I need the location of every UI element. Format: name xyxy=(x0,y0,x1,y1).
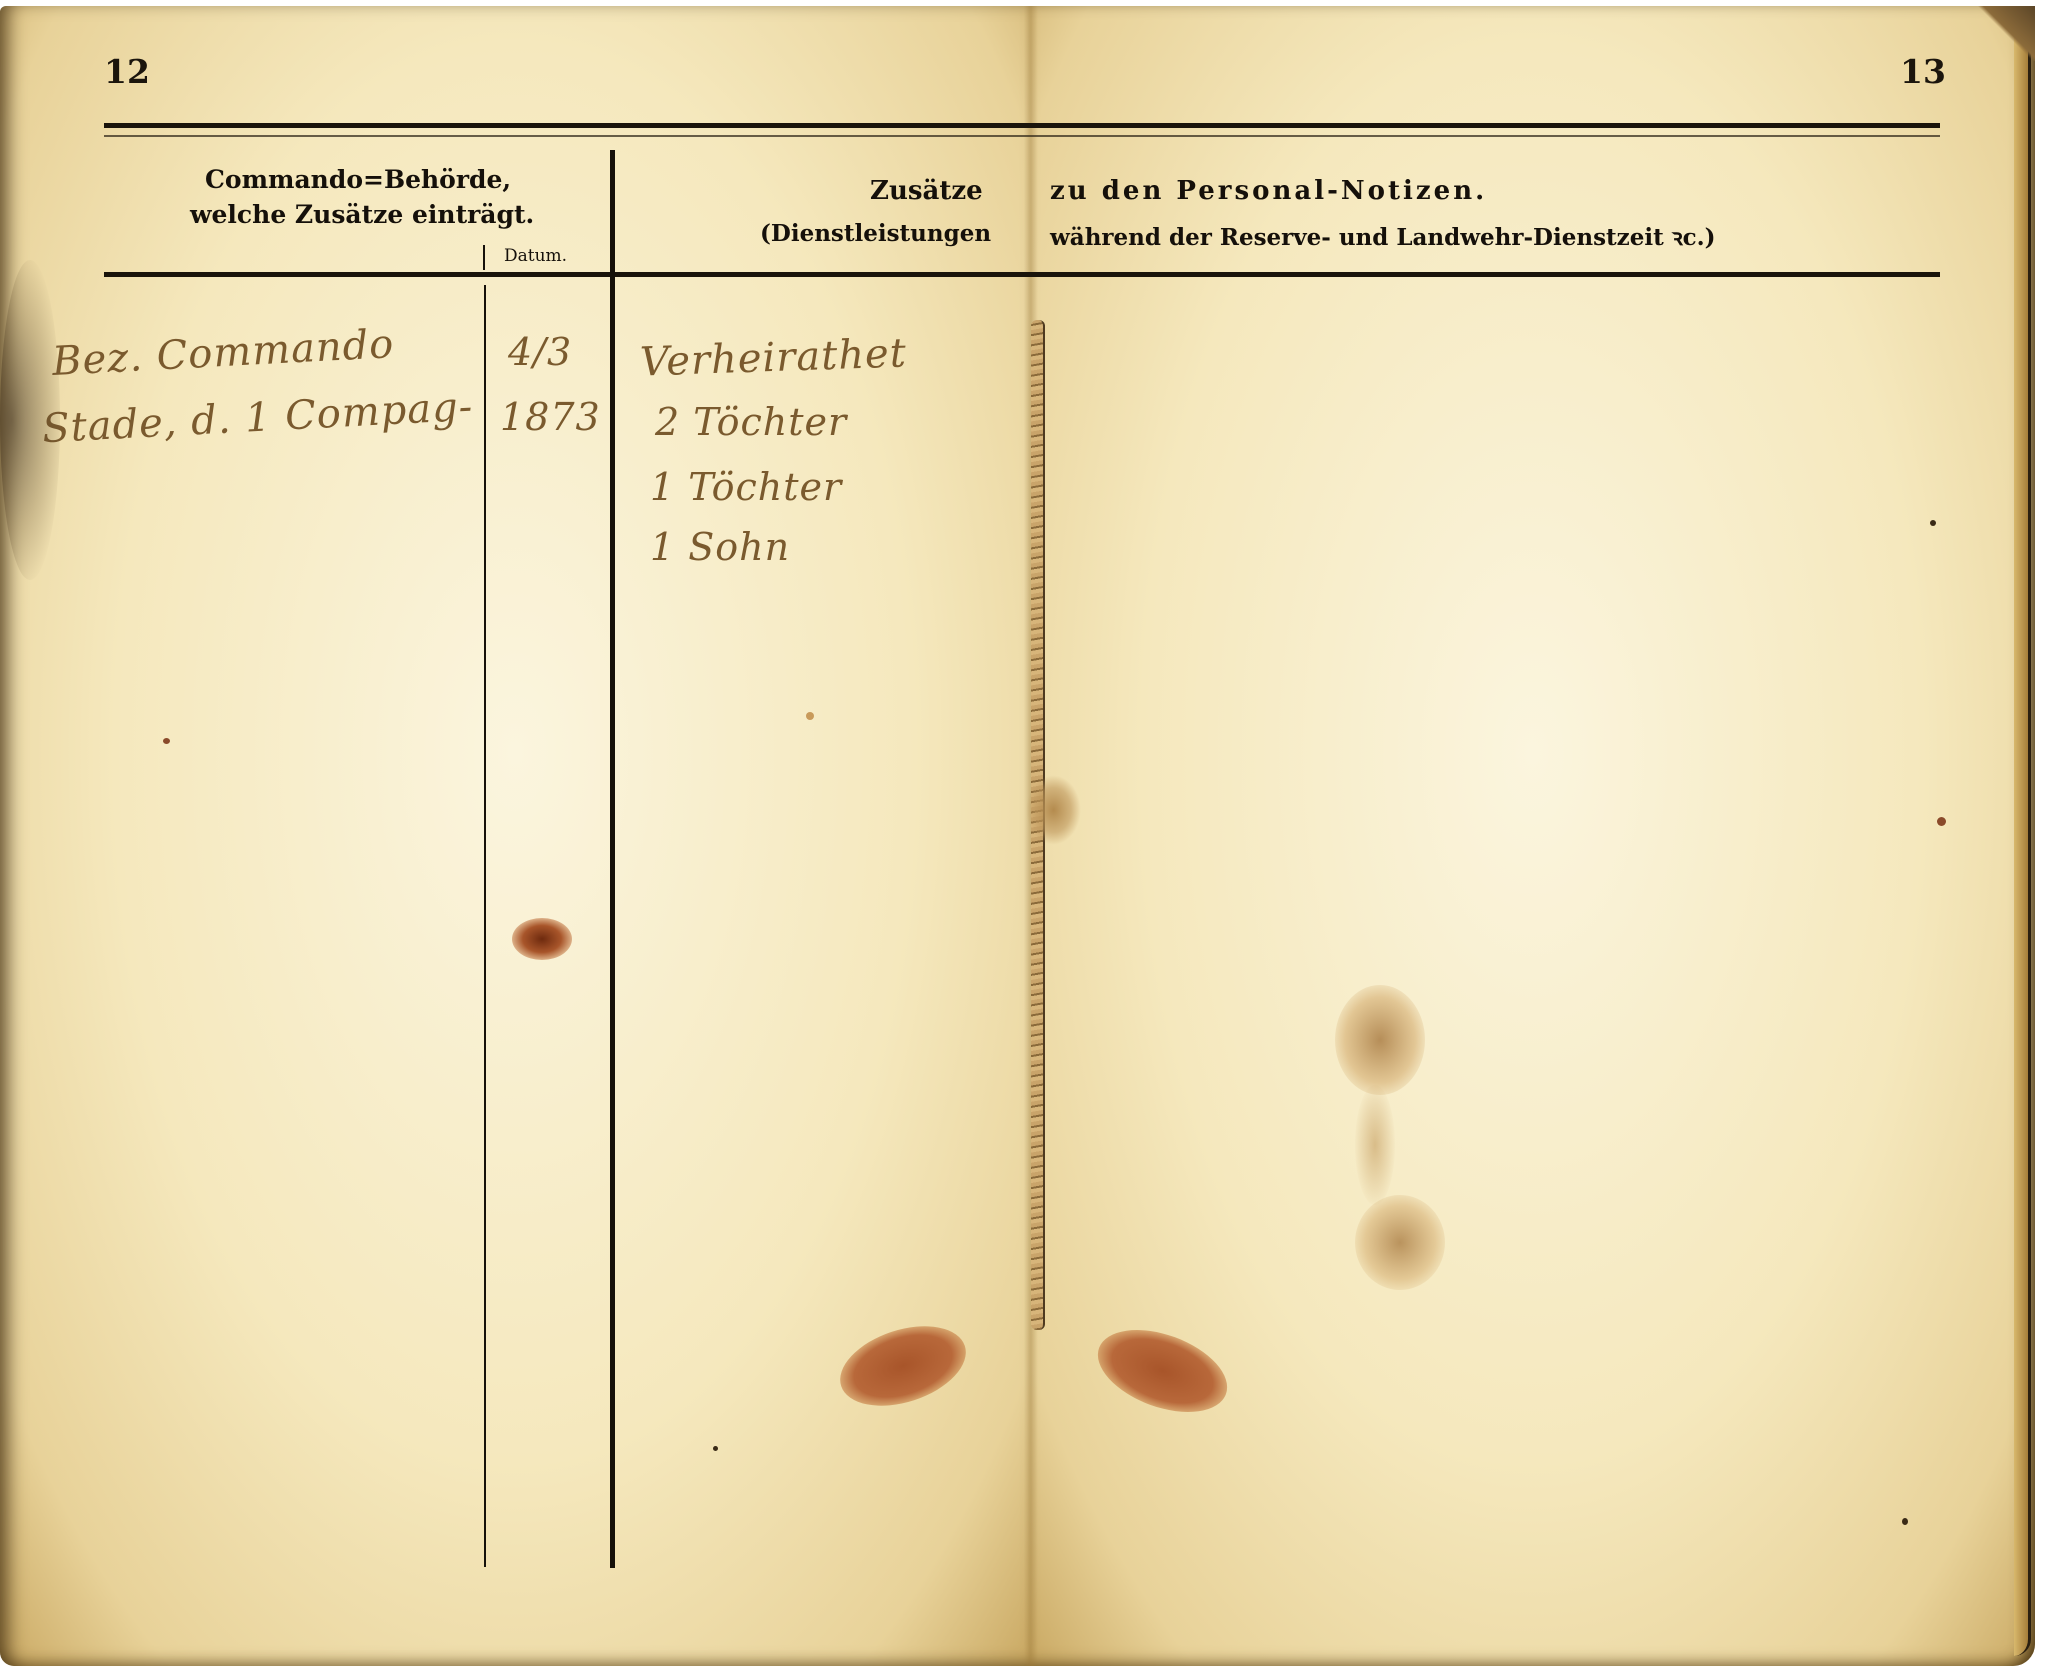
notes-entry-line2: 2 Töchter xyxy=(655,400,847,444)
header-top-rule-thin xyxy=(104,135,1940,137)
right-page xyxy=(1030,6,2035,1666)
speck xyxy=(806,712,814,720)
date-header-divider xyxy=(483,245,485,270)
header-top-rule xyxy=(104,123,1940,128)
date-column-divider xyxy=(484,285,486,1567)
dog-eared-corner xyxy=(1975,6,2035,61)
notes-header-left-line2: (Dienstleistungen xyxy=(760,220,991,247)
date-entry-line2: 1873 xyxy=(500,395,601,439)
page-number-right: 13 xyxy=(1900,52,1946,91)
notes-entry-line4: 1 Sohn xyxy=(650,525,790,569)
speck xyxy=(1937,817,1946,826)
header-bottom-rule xyxy=(104,272,1940,277)
notes-entry-line3: 1 Töchter xyxy=(650,465,842,509)
date-header: Datum. xyxy=(504,246,567,266)
page-stack-edge xyxy=(2014,26,2031,1656)
speck xyxy=(163,738,170,744)
page-number-left: 12 xyxy=(104,52,150,91)
notes-header-left-line1: Zusätze xyxy=(870,176,983,206)
notes-column-divider xyxy=(610,150,615,1568)
notes-entry-line1: Verheirathet xyxy=(639,330,907,385)
mold-spots-left-edge xyxy=(0,260,60,580)
fingerprint-upper xyxy=(1335,985,1425,1095)
ink-stain-spot xyxy=(512,918,572,960)
binding-knot xyxy=(1026,775,1081,845)
speck xyxy=(1902,1518,1908,1525)
speck xyxy=(713,1446,718,1451)
speck xyxy=(1930,520,1936,526)
notes-header-right-line2: während der Reserve- und Landwehr-Dienst… xyxy=(1050,220,1716,252)
open-booklet: 12 13 Commando=Behörde, welche Zusätze e… xyxy=(0,0,2052,1674)
authority-header-line2: welche Zusätze einträgt. xyxy=(190,200,534,229)
authority-header-line1: Commando=Behörde, xyxy=(205,165,511,194)
notes-header-right-line1: zu den Personal-Notizen. xyxy=(1050,176,1487,206)
date-entry-line1: 4/3 xyxy=(508,330,572,374)
fingerprint-smear xyxy=(1355,1085,1395,1205)
fingerprint-lower xyxy=(1355,1195,1445,1290)
